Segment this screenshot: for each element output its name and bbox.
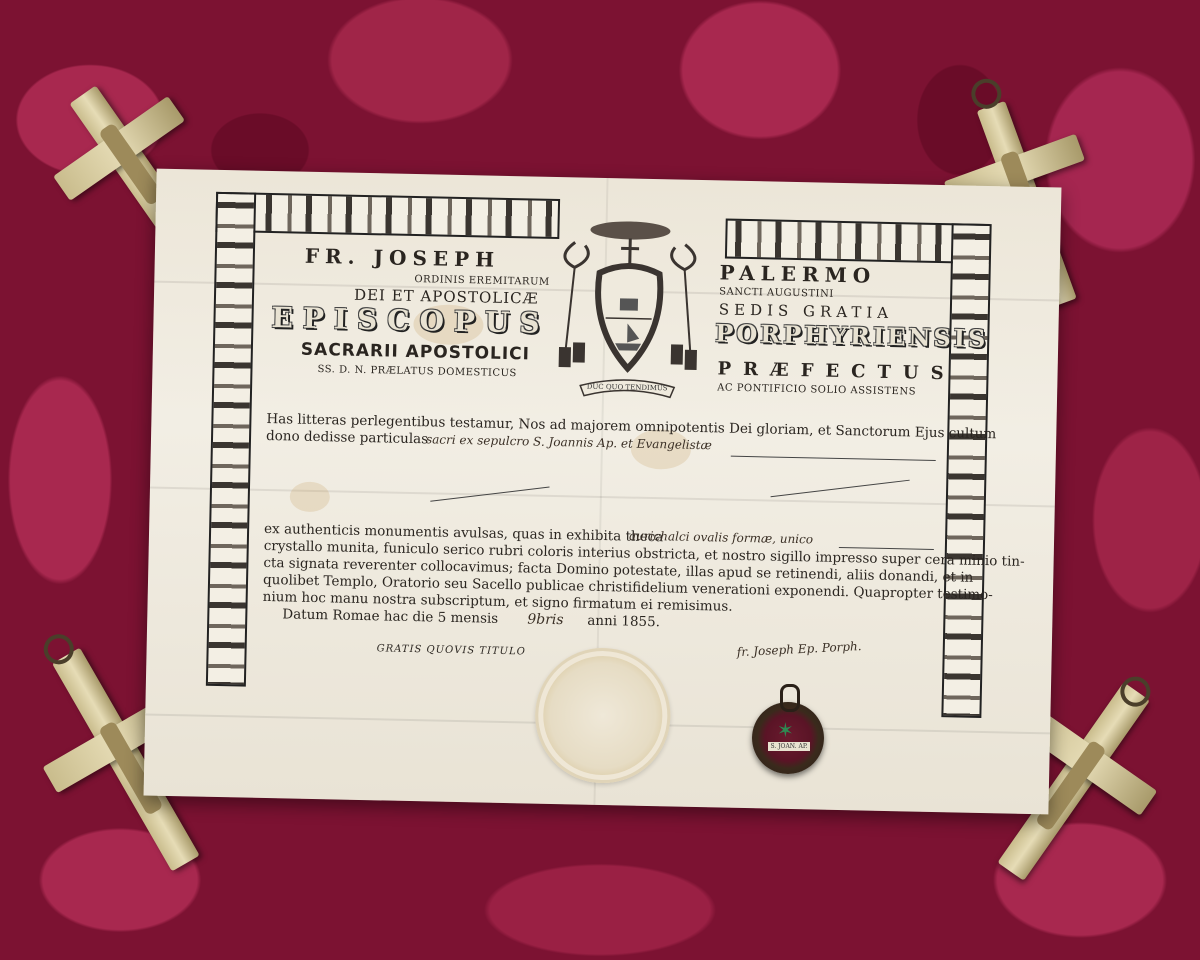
bishop-surname: PALERMO <box>719 260 876 287</box>
order-right: SANCTI AUGUSTINI <box>719 286 834 299</box>
sacrarii-apostolici: SACRARII APOSTOLICI <box>301 340 530 365</box>
episcopus-title: EPISCOPUS <box>271 301 550 340</box>
date-prefix: Datum Romae hac die 5 mensis <box>282 606 498 628</box>
bishop-first-name: FR. JOSEPH <box>305 244 501 272</box>
embossed-paper-seal <box>534 647 672 785</box>
reliquary-label: S. JOAN. AP. <box>768 742 810 751</box>
porphyriensis-title: PORPHYRIENSIS <box>715 318 989 353</box>
coat-of-arms-motto: DUC QUO TENDIMUS <box>587 383 668 393</box>
ornamental-border-left <box>206 192 256 687</box>
pontificio-solio-assistens: AC PONTIFICIO SOLIO ASSISTENS <box>717 382 916 397</box>
relic-certificate: DUC QUO TENDIMUS FR. JOSEPH ORDINIS EREM… <box>144 169 1062 815</box>
ornamental-border-top-left <box>215 192 560 239</box>
praefectus: PRÆFECTUS <box>717 358 955 384</box>
date-month-handwritten: 9bris <box>527 611 564 628</box>
gratis-quovis-titulo: GRATIS QUOVIS TITULO <box>377 643 526 657</box>
oval-reliquary: ✶ S. JOAN. AP. <box>752 702 824 774</box>
body-line-2-printed: dono dedisse particulas <box>266 428 428 448</box>
praelatus-domesticus: SS. D. N. PRÆLATUS DOMESTICUS <box>317 364 517 379</box>
reliquary-loop <box>780 684 800 712</box>
green-star-icon: ✶ <box>777 718 794 742</box>
bishop-signature: fr. Joseph Ep. Porph. <box>736 639 861 659</box>
episcopal-coat-of-arms: DUC QUO TENDIMUS <box>552 217 706 410</box>
date-suffix: anni 1855. <box>587 613 660 632</box>
